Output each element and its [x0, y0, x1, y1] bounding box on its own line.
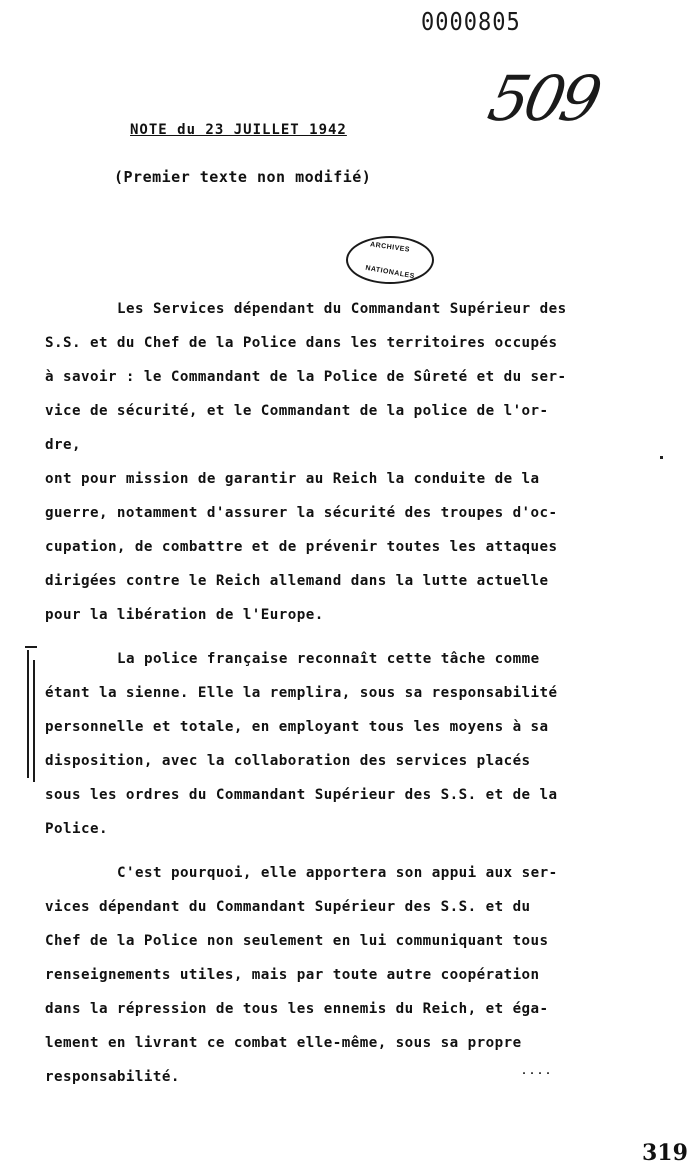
text-line: vice de sécurité, et le Commandant de la… [45, 402, 685, 436]
text-line: vices dépendant du Commandant Supérieur … [45, 898, 685, 932]
text-line: Les Services dépendant du Commandant Sup… [45, 300, 685, 334]
text-line: guerre, notamment d'assurer la sécurité … [45, 504, 685, 538]
paragraph: C'est pourquoi, elle apportera son appui… [45, 864, 685, 1102]
text-line: personnelle et totale, en employant tous… [45, 718, 685, 752]
text-line: responsabilité. [45, 1068, 685, 1102]
document-subtitle: (Premier texte non modifié) [114, 168, 371, 186]
document-title: NOTE du 23 JUILLET 1942 [130, 122, 347, 138]
text-line: dans la répression de tous les ennemis d… [45, 1000, 685, 1034]
stamp-top-text: ARCHIVES [348, 238, 432, 257]
text-line: à savoir : le Commandant de la Police de… [45, 368, 685, 402]
paragraph: ont pour mission de garantir au Reich la… [45, 470, 685, 640]
text-line: ont pour mission de garantir au Reich la… [45, 470, 685, 504]
text-line: Chef de la Police non seulement en lui c… [45, 932, 685, 966]
text-line: C'est pourquoi, elle apportera son appui… [45, 864, 685, 898]
text-line: dre, [45, 436, 685, 470]
stamp-bottom-text: NATIONALES [348, 262, 432, 283]
text-line: sous les ordres du Commandant Supérieur … [45, 786, 685, 820]
archive-number: 0000805 [421, 8, 521, 37]
text-line: La police française reconnaît cette tâch… [45, 650, 685, 684]
continuation-mark: .... [521, 1066, 553, 1077]
text-line: pour la libération de l'Europe. [45, 606, 685, 640]
text-line: S.S. et du Chef de la Police dans les te… [45, 334, 685, 368]
archives-nationales-stamp: ARCHIVES NATIONALES [346, 236, 434, 284]
text-line: disposition, avec la collaboration des s… [45, 752, 685, 786]
text-line: étant la sienne. Elle la remplira, sous … [45, 684, 685, 718]
text-line: cupation, de combattre et de prévenir to… [45, 538, 685, 572]
document-body: Les Services dépendant du Commandant Sup… [45, 300, 685, 1102]
text-line: Police. [45, 820, 685, 854]
handwritten-annotation: 509 [482, 62, 604, 135]
margin-bracket-annotation [25, 650, 41, 778]
text-line: renseignements utiles, mais par toute au… [45, 966, 685, 1000]
text-line: lement en livrant ce combat elle-même, s… [45, 1034, 685, 1068]
page-number: 319 [642, 1140, 688, 1166]
paragraph: La police française reconnaît cette tâch… [45, 650, 685, 854]
paragraph: Les Services dépendant du Commandant Sup… [45, 300, 685, 470]
text-line: dirigées contre le Reich allemand dans l… [45, 572, 685, 606]
